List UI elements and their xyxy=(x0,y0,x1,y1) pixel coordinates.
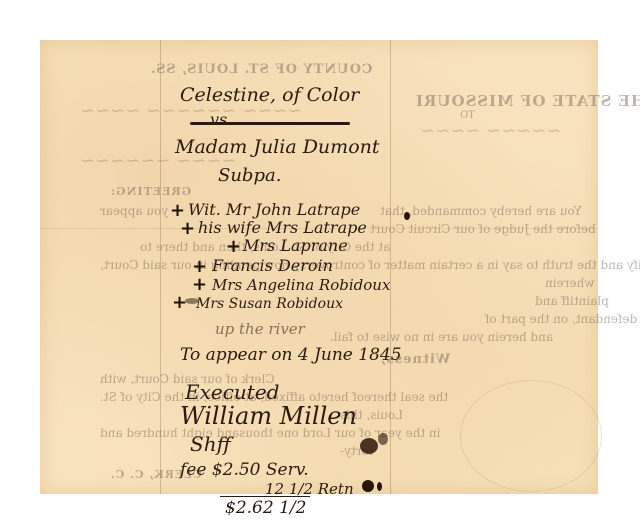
sheriff-signature: William Millen xyxy=(180,402,357,430)
printed-body-line: wherein xyxy=(545,276,595,290)
witness-mark: + xyxy=(172,292,187,313)
printed-header-county: COUNTY OF ST. LOUIS, SS. xyxy=(150,62,372,77)
ink-blot xyxy=(377,482,382,491)
printed-body-line: before the Judge of our Circuit Court xyxy=(370,222,596,236)
printed-body-line: defendant, on the part of xyxy=(485,312,637,326)
witness-name: his wife Mrs Latrape xyxy=(198,218,367,237)
document-page: THE STATE OF MISSOURI TO COUNTY OF ST. L… xyxy=(40,40,598,494)
witness-name: Mrs Laprane xyxy=(243,236,348,255)
case-plaintiff: Celestine, of Color xyxy=(180,84,359,106)
fee-line: fee $2.50 Serv. xyxy=(180,460,309,480)
ink-blot xyxy=(404,212,410,220)
witness-name: Mrs Angelina Robidoux xyxy=(212,276,390,294)
printed-body-line: and herein you are in no wise to fail. xyxy=(330,330,553,344)
witness-mark: + xyxy=(226,236,241,257)
printed-body-line: you appear xyxy=(100,204,168,218)
witness-name: Mrs Susan Robidoux xyxy=(196,296,343,312)
note-up-river: up the river xyxy=(215,320,305,338)
witness-name: Francis Deroin xyxy=(212,256,333,275)
bleed-script: ~~~~~ ~~~~ xyxy=(420,120,561,141)
executed-note: Executed xyxy=(185,380,279,404)
printed-header-state: THE STATE OF MISSOURI xyxy=(415,92,640,110)
ink-blot xyxy=(185,298,199,304)
printed-body-line: testify and the truth to say in a certai… xyxy=(100,258,640,272)
subpoena-label: Subpa. xyxy=(218,165,281,186)
case-defendant: Madam Julia Dumont xyxy=(175,136,380,158)
ink-blot xyxy=(378,433,388,445)
embossed-seal xyxy=(460,380,602,492)
witness-mark: + xyxy=(180,218,195,239)
underline-stroke xyxy=(190,122,350,125)
printed-body-line: plaintiff and xyxy=(535,294,609,308)
versus: vs xyxy=(210,110,227,129)
printed-body-line: You are hereby commanded, that xyxy=(380,204,582,218)
witness-name: Wit. Mr John Latrape xyxy=(188,200,360,219)
fee-total: $2.62 1/2 xyxy=(225,498,306,518)
printed-greeting: GREETING: xyxy=(110,185,191,198)
sum-line xyxy=(220,496,310,497)
sheriff-title: Shff xyxy=(190,432,231,456)
ink-blot xyxy=(362,480,374,492)
ink-blot xyxy=(360,438,378,454)
appearance-date: To appear on 4 June 1845 xyxy=(180,345,402,365)
witness-mark: + xyxy=(192,274,207,295)
